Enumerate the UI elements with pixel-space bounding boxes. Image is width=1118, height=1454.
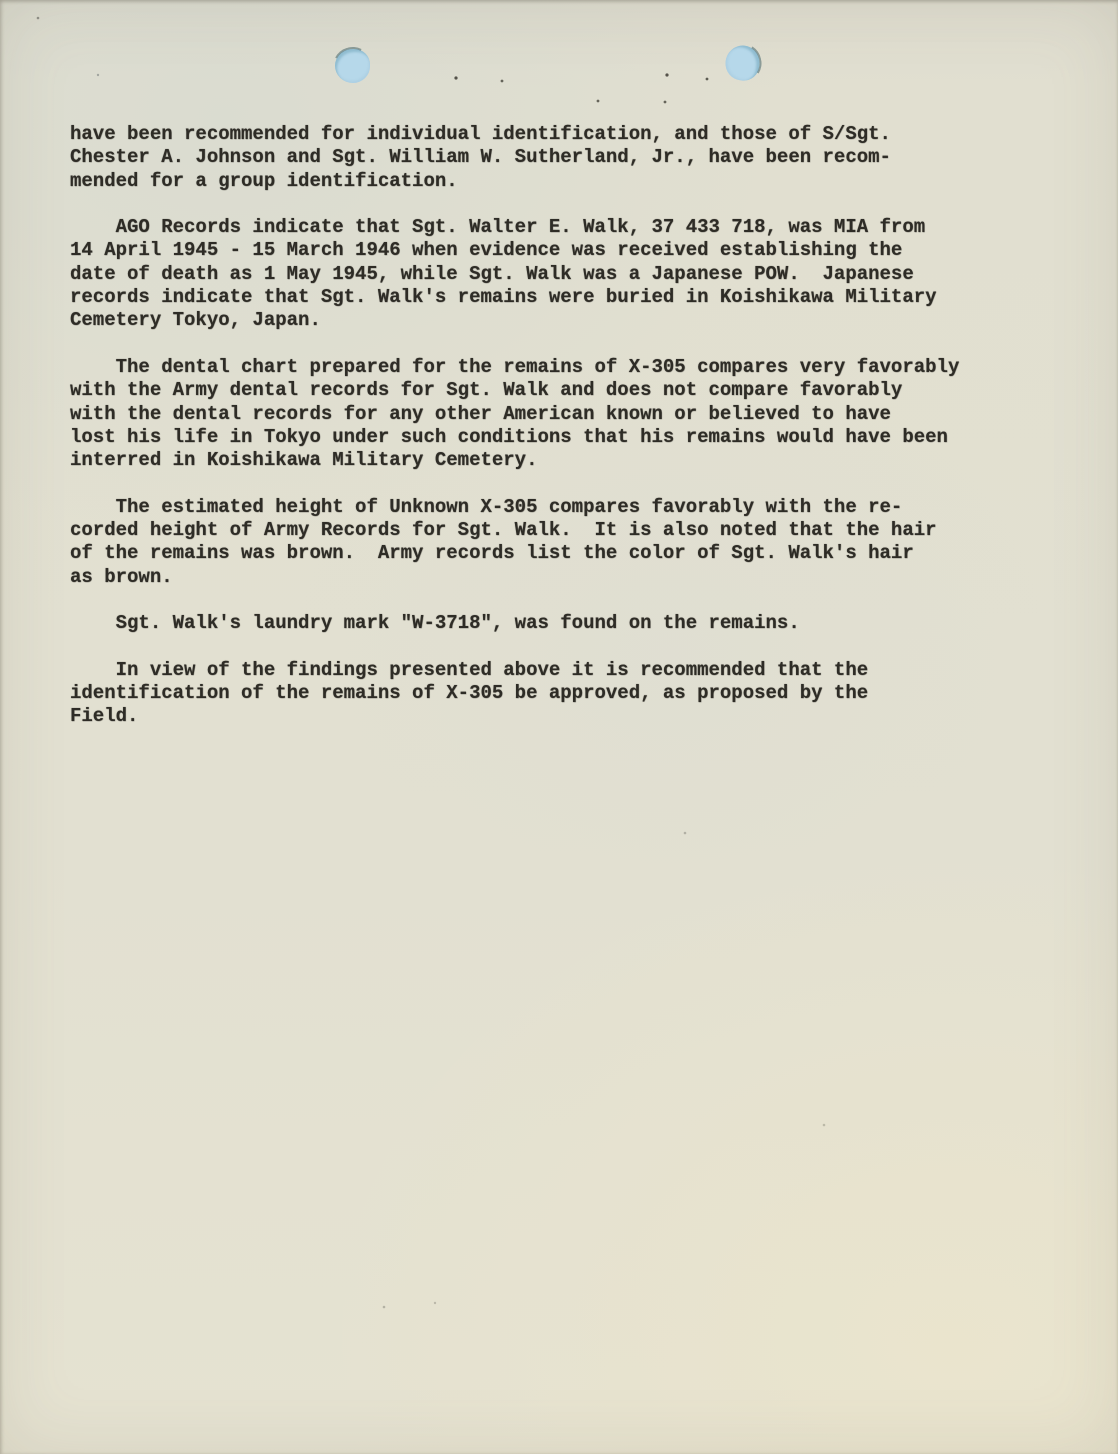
punch-hole-left-icon: [335, 49, 370, 83]
paragraph-laundry-mark: Sgt. Walk's laundry mark "W-3718", was f…: [70, 612, 1050, 635]
paragraph-ago-records: AGO Records indicate that Sgt. Walter E.…: [70, 216, 1050, 332]
paragraph-conclusion: In view of the findings presented above …: [70, 659, 1050, 729]
paragraph-estimated-height: The estimated height of Unknown X-305 co…: [70, 496, 1050, 589]
paragraph-dental-chart: The dental chart prepared for the remain…: [70, 356, 1050, 472]
document-text: have been recommended for individual ide…: [70, 123, 1050, 729]
scanned-document-page: have been recommended for individual ide…: [0, 0, 1118, 1454]
paragraph-recommendation-intro: have been recommended for individual ide…: [70, 123, 1050, 193]
paper-specks: [0, 0, 2, 2]
punch-hole-right-icon: [724, 44, 761, 82]
